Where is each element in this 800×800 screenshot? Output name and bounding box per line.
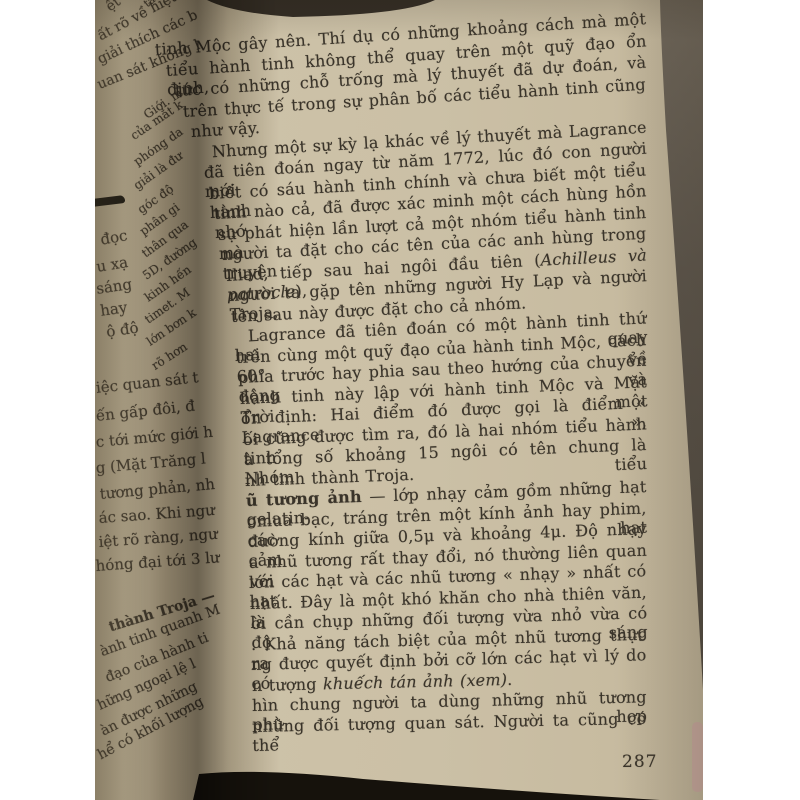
left-page-text-fragment: đọc [99,226,129,248]
left-page-text-fragment: iệt rõ ràng, ngư [98,525,218,551]
left-page-text-fragment: sáng [95,275,133,298]
text-segment: khuếch tán ảnh (xem) [323,670,508,693]
page-number: 287 [622,752,657,772]
text-segment: . [507,669,513,688]
text-segment: ũ tương ảnh [246,487,362,510]
text-layer: ệt củatách đất rõ về hiệugiải thích các … [95,0,703,800]
left-page-text-fragment: hóng đại tới 3 lư [95,548,220,575]
text-segment: những đối tượng quan sát. Người ta cũng … [252,708,647,754]
left-page-text-fragment: u xạ [95,253,129,276]
text-segment: như vậy. [190,118,260,141]
text-segment: và [616,245,647,265]
left-page-text-fragment: iệc quan sát t [95,368,199,397]
book-photo: ệt củatách đất rõ về hiệugiải thích các … [95,0,703,800]
text-segment: n tượng [252,674,323,695]
screenshot-canvas: ệt củatách đất rõ về hiệugiải thích các … [0,0,800,800]
ink-mark [95,195,125,207]
left-page-text-fragment: tương phản, nh [99,475,216,503]
left-page-text-fragment: g (Mặt Trăng l [95,449,206,477]
left-page-text-fragment: ác sao. Khi ngư [98,501,215,527]
left-page-text-fragment: ộ độ [105,318,140,340]
text-segment: Achilleus [540,246,617,269]
left-page-text-fragment: c tới mức giới h [95,423,214,451]
left-page-text-fragment: ến gấp đôi, đ [95,397,196,425]
left-page-text-fragment: hay [99,298,128,320]
